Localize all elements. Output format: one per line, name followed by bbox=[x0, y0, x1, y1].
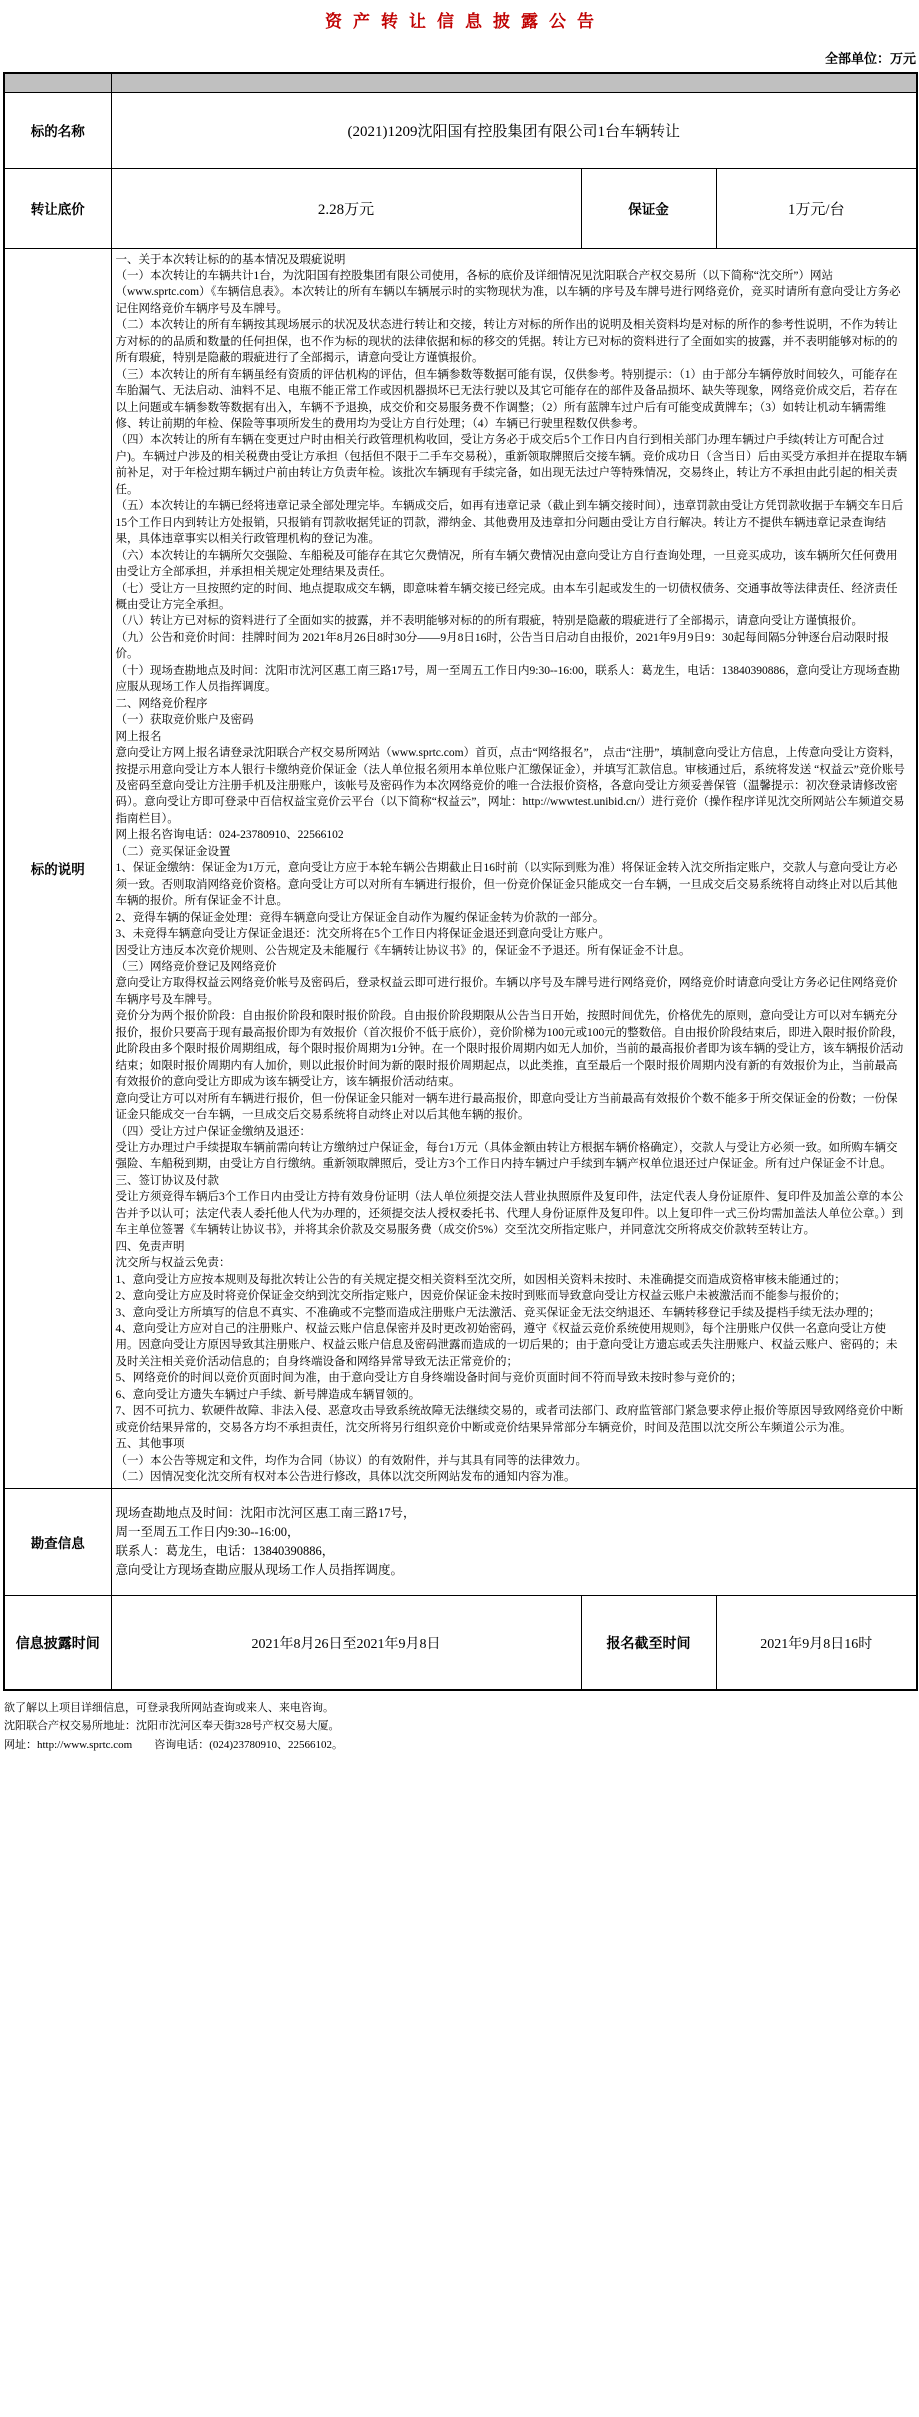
description-paragraph: 三、签订协议及付款 bbox=[116, 1173, 909, 1189]
subject-description-label: 标的说明 bbox=[4, 248, 111, 1489]
description-paragraph: （一）本次转让的车辆共计1台，为沈阳国有控股集团有限公司使用，各标的底价及详细情… bbox=[116, 268, 909, 317]
announcement-table: 标的名称 (2021)1209沈阳国有控股集团有限公司1台车辆转让 转让底价 2… bbox=[3, 72, 918, 1691]
description-paragraph: 四、免责声明 bbox=[116, 1239, 909, 1255]
description-paragraph: 1、保证金缴纳：保证金为1万元，意向受让方应于本轮车辆公告期截止日16时前（以实… bbox=[116, 860, 909, 909]
description-paragraph: 五、其他事项 bbox=[116, 1436, 909, 1452]
survey-line: 周一至周五工作日内9:30--16:00， bbox=[116, 1523, 909, 1542]
description-paragraph: 沈交所与权益云免责： bbox=[116, 1255, 909, 1271]
header-empty-cell-right bbox=[111, 73, 917, 92]
subject-name-label: 标的名称 bbox=[4, 92, 111, 168]
description-paragraph: 5、网络竞价的时间以竞价页面时间为准，由于意向受让方自身终端设备时间与竞价页面时… bbox=[116, 1370, 909, 1386]
description-paragraph: 受让方须竞得车辆后3个工作日内由受让方持有效身份证明（法人单位须提交法人营业执照… bbox=[116, 1189, 909, 1238]
description-paragraph: 受让方办理过户手续提取车辆前需向转让方缴纳过户保证金，每台1万元（具体金额由转让… bbox=[116, 1140, 909, 1173]
unit-note: 全部单位：万元 bbox=[0, 32, 919, 72]
registration-deadline-label: 报名截至时间 bbox=[581, 1596, 716, 1690]
transfer-price-label: 转让底价 bbox=[4, 168, 111, 248]
announcement-page: 资产转让信息披露公告 全部单位：万元 标的名称 (2021)1209沈阳国有控股… bbox=[0, 0, 919, 1754]
description-paragraph: 意向受让方网上报名请登录沈阳联合产权交易所网站（www.sprtc.com）首页… bbox=[116, 745, 909, 827]
header-empty-cell-left bbox=[4, 73, 111, 92]
description-paragraph: （二）竞买保证金设置 bbox=[116, 844, 909, 860]
description-paragraph: 1、意向受让方应按本规则及每批次转让公告的有关规定提交相关资料至沈交所，如因相关… bbox=[116, 1272, 909, 1288]
description-paragraph: 因受让方违反本次竞价规则、公告规定及未能履行《车辆转让协议书》的，保证金不予退还… bbox=[116, 943, 909, 959]
row-subject-description: 标的说明 一、关于本次转让标的的基本情况及瑕疵说明 （一）本次转让的车辆共计1台… bbox=[4, 248, 917, 1489]
description-paragraph: （二）本次转让的所有车辆按其现场展示的状况及状态进行转让和交接，转让方对标的所作… bbox=[116, 317, 909, 366]
description-paragraph: 竞价分为两个报价阶段：自由报价阶段和限时报价阶段。自由报价阶段期限从公告当日开始… bbox=[116, 1008, 909, 1090]
page-title: 资产转让信息披露公告 bbox=[0, 0, 919, 32]
footer-notes: 欲了解以上项目详细信息，可登录我所网站查询或来人、来电咨询。 沈阳联合产权交易所… bbox=[4, 1699, 919, 1755]
row-subject-name: 标的名称 (2021)1209沈阳国有控股集团有限公司1台车辆转让 bbox=[4, 92, 917, 168]
subject-description-text: 一、关于本次转让标的的基本情况及瑕疵说明 （一）本次转让的车辆共计1台，为沈阳国… bbox=[111, 248, 917, 1489]
description-paragraph: 网上报名 bbox=[116, 729, 909, 745]
transfer-price-value: 2.28万元 bbox=[111, 168, 581, 248]
footer-line: 沈阳联合产权交易所地址：沈阳市沈河区奉天街328号产权交易大厦。 bbox=[4, 1717, 919, 1736]
description-paragraph: （三）本次转让的所有车辆虽经有资质的评估机构的评估，但车辆参数等数据可能有误，仅… bbox=[116, 367, 909, 433]
deposit-value: 1万元/台 bbox=[716, 168, 917, 248]
description-paragraph: （四）受让方过户保证金缴纳及退还： bbox=[116, 1124, 909, 1140]
description-paragraph: （六）本次转让的车辆所欠交强险、车船税及可能存在其它欠费情况，所有车辆欠费情况由… bbox=[116, 548, 909, 581]
description-paragraph: 意向受让方取得权益云网络竞价帐号及密码后，登录权益云即可进行报价。车辆以序号及车… bbox=[116, 975, 909, 1008]
footer-line: 网址：http://www.sprtc.com 咨询电话：(024)237809… bbox=[4, 1736, 919, 1755]
description-paragraph: 4、意向受让方应对自己的注册账户、权益云账户信息保密并及时更改初始密码，遵守《权… bbox=[116, 1321, 909, 1370]
survey-line: 联系人：葛龙生，电话：13840390886， bbox=[116, 1542, 909, 1561]
description-paragraph: （一）本公告等规定和文件，均作为合同（协议）的有效附件，并与其具有同等的法律效力… bbox=[116, 1453, 909, 1469]
description-paragraph: 3、意向受让方所填写的信息不真实、不准确或不完整而造成注册账户无法激活、竞买保证… bbox=[116, 1305, 909, 1321]
description-paragraph: 3、未竞得车辆意向受让方保证金退还：沈交所将在5个工作日内将保证金退还到意向受让… bbox=[116, 926, 909, 942]
survey-line: 意向受让方现场查勘应服从现场工作人员指挥调度。 bbox=[116, 1561, 909, 1580]
description-paragraph: （二）因情况变化沈交所有权对本公告进行修改，具体以沈交所网站发布的通知内容为准。 bbox=[116, 1469, 909, 1485]
survey-info-label: 勘查信息 bbox=[4, 1489, 111, 1596]
disclosure-time-label: 信息披露时间 bbox=[4, 1596, 111, 1690]
description-paragraph: 6、意向受让方遗失车辆过户手续、新号牌造成车辆冒领的。 bbox=[116, 1387, 909, 1403]
description-paragraph: 意向受让方可以对所有车辆进行报价，但一份保证金只能对一辆车进行最高报价，即意向受… bbox=[116, 1091, 909, 1124]
registration-deadline-value: 2021年9月8日16时 bbox=[716, 1596, 917, 1690]
description-paragraph: （五）本次转让的车辆已经将违章记录全部处理完毕。车辆成交后，如再有违章记录（截止… bbox=[116, 498, 909, 547]
description-paragraph: （三）网络竞价登记及网络竞价 bbox=[116, 959, 909, 975]
survey-line: 现场查勘地点及时间：沈阳市沈河区惠工南三路17号， bbox=[116, 1504, 909, 1523]
description-paragraph: （一）获取竞价账户及密码 bbox=[116, 712, 909, 728]
disclosure-time-value: 2021年8月26日至2021年9月8日 bbox=[111, 1596, 581, 1690]
row-disclosure-time: 信息披露时间 2021年8月26日至2021年9月8日 报名截至时间 2021年… bbox=[4, 1596, 917, 1690]
description-paragraph: （七）受让方一旦按照约定的时间、地点提取成交车辆，即意味着车辆交接已经完成。由本… bbox=[116, 581, 909, 614]
deposit-label: 保证金 bbox=[581, 168, 716, 248]
description-paragraph: （九）公告和竞价时间：挂牌时间为 2021年8月26日8时30分——9月8日16… bbox=[116, 630, 909, 663]
table-header-row bbox=[4, 73, 917, 92]
row-survey-info: 勘查信息 现场查勘地点及时间：沈阳市沈河区惠工南三路17号， 周一至周五工作日内… bbox=[4, 1489, 917, 1596]
survey-info-text: 现场查勘地点及时间：沈阳市沈河区惠工南三路17号， 周一至周五工作日内9:30-… bbox=[111, 1489, 917, 1596]
description-paragraph: 一、关于本次转让标的的基本情况及瑕疵说明 bbox=[116, 252, 909, 268]
description-paragraph: 网上报名咨询电话：024-23780910、22566102 bbox=[116, 827, 909, 843]
description-paragraph: 二、网络竞价程序 bbox=[116, 696, 909, 712]
description-paragraph: （八）转让方已对标的资料进行了全面如实的披露，并不表明能够对标的的所有瑕疵，特别… bbox=[116, 613, 909, 629]
footer-line: 欲了解以上项目详细信息，可登录我所网站查询或来人、来电咨询。 bbox=[4, 1699, 919, 1718]
description-paragraph: （四）本次转让的所有车辆在变更过户时由相关行政管理机构收回，受让方务必于成交后5… bbox=[116, 432, 909, 498]
description-paragraph: 7、因不可抗力、软硬件故障、非法入侵、恶意攻击导致系统故障无法继续交易的，或者司… bbox=[116, 1403, 909, 1436]
subject-name-value: (2021)1209沈阳国有控股集团有限公司1台车辆转让 bbox=[111, 92, 917, 168]
row-transfer-price: 转让底价 2.28万元 保证金 1万元/台 bbox=[4, 168, 917, 248]
description-paragraph: 2、竞得车辆的保证金处理：竞得车辆意向受让方保证金自动作为履约保证金转为价款的一… bbox=[116, 910, 909, 926]
description-paragraph: （十）现场查勘地点及时间：沈阳市沈河区惠工南三路17号，周一至周五工作日内9:3… bbox=[116, 663, 909, 696]
description-paragraph: 2、意向受让方应及时将竞价保证金交纳到沈交所指定账户，因竞价保证金未按时到账而导… bbox=[116, 1288, 909, 1304]
